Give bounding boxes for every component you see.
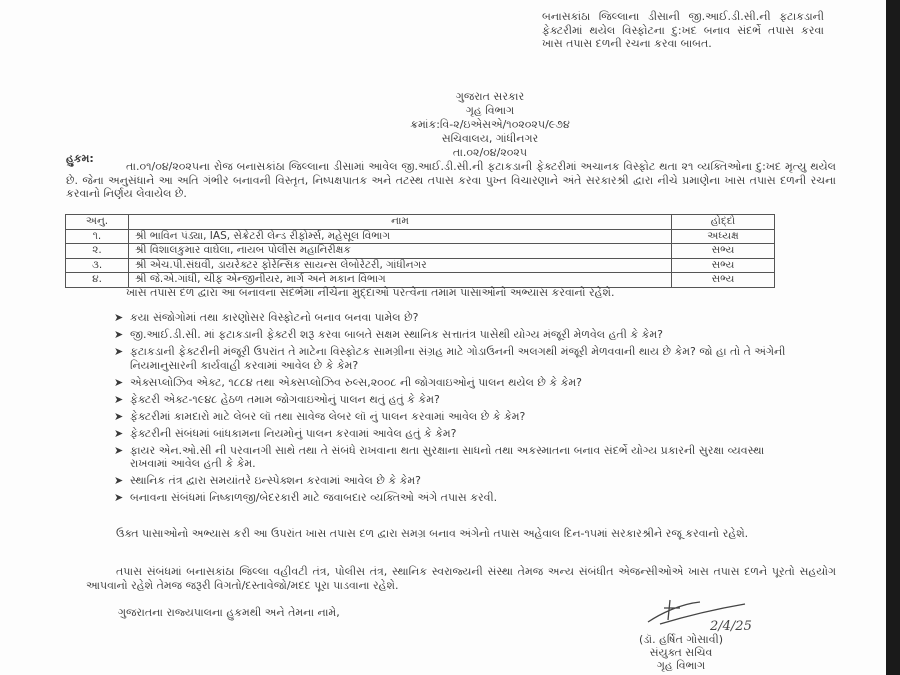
inquiry-points-list: ➤કયા સંજોગોમાં તથા કારણોસર વિસ્ફોટનો બના… xyxy=(100,311,800,508)
cell-serial: ૨. xyxy=(66,244,129,259)
table-row: ૧. શ્રી ભાવિન પંડ્યા, IAS, સેક્રેટરી લેન… xyxy=(66,229,775,244)
cell-designation: સભ્ય xyxy=(672,273,775,288)
arrow-bullet-icon: ➤ xyxy=(114,393,123,407)
point-text: બનાવના સંબંધમાં નિષ્કાળજી/બેદરકારી માટે … xyxy=(130,491,497,504)
signature-block: (ડૉ. હર્ષિત ગોસાવી) સંયુક્ત સચિવ ગૃહ વિભ… xyxy=(606,633,756,672)
list-item: ➤ફેક્ટરીમાં કામદારો માટે લેબર લૉ તથા સાવ… xyxy=(100,410,800,424)
intro-paragraph: તા.૦૧/૦૪/૨૦૨૫ના રોજ બનાસકાંઠા જિલ્લાના ડ… xyxy=(66,160,836,201)
point-text: જી.આઈ.ડી.સી. માં ફટાકડાની ફેક્ટરી શરૂ કર… xyxy=(130,328,663,341)
arrow-bullet-icon: ➤ xyxy=(114,427,123,441)
cell-name: શ્રી જે.એ.ગાંધી, ચીફ એન્જીનીયર, માર્ગ અન… xyxy=(129,273,672,288)
arrow-bullet-icon: ➤ xyxy=(114,345,123,359)
office-location: સચિવાલય, ગાંધીનગર xyxy=(270,132,710,146)
list-item: ➤ફેક્ટરી એક્ટ-૧૯૪૮ હેઠળ તમામ જોગવાઇઓનું … xyxy=(100,393,800,407)
point-text: ફેક્ટરીની સંબંધમાં બાંધકામના નિયમોનું પા… xyxy=(130,427,457,440)
document-subject: બનાસકાંઠા જિલ્લાના ડીસાની જી.આઈ.ડી.સી.ની… xyxy=(542,10,824,51)
scan-edge-border xyxy=(886,0,900,675)
point-text: ફટાકડાની ફેક્ટરીની મંજૂરી ઉપરાંત તે માટે… xyxy=(130,345,785,372)
signatory-name: (ડૉ. હર્ષિત ગોસાવી) xyxy=(606,633,756,646)
point-text: એક્સપ્લોઝિવ એક્ટ, ૧૮૮૪ તથા એક્સપ્લોઝિવ ર… xyxy=(130,376,582,389)
cell-designation: સભ્ય xyxy=(672,258,775,273)
column-header-serial: અનુ. xyxy=(66,215,129,230)
point-text: ફેક્ટરી એક્ટ-૧૯૪૮ હેઠળ તમામ જોગવાઇઓનું પ… xyxy=(130,393,440,406)
column-header-name: નામ xyxy=(129,215,672,230)
list-item: ➤ફાયર એન.ઓ.સી ની પરવાનગી સાથે તથા તે સંબ… xyxy=(100,444,800,471)
cooperation-paragraph: તપાસ સંબંધમાં બનાસકાંઠા જિલ્લા વહીવટી તં… xyxy=(86,565,836,592)
cell-designation: સભ્ય xyxy=(672,244,775,259)
signatory-department: ગૃહ વિભાગ xyxy=(606,659,756,672)
cell-designation: અધ્યક્ષ xyxy=(672,229,775,244)
point-text: સ્થાનિક તંત્ર દ્વારા સમયાંતરે ઇન્સ્પેક્શ… xyxy=(130,474,421,487)
list-item: ➤કયા સંજોગોમાં તથા કારણોસર વિસ્ફોટનો બના… xyxy=(100,311,800,325)
point-text: ફેક્ટરીમાં કામદારો માટે લેબર લૉ તથા સાવે… xyxy=(130,410,525,423)
signatory-designation: સંયુક્ત સચિવ xyxy=(606,646,756,659)
list-item: ➤જી.આઈ.ડી.સી. માં ફટાકડાની ફેક્ટરી શરૂ ક… xyxy=(100,328,800,342)
report-deadline-paragraph: ઉક્ત પાસાઓનો અભ્યાસ કરી આ ઉપરાંત ખાસ તપા… xyxy=(86,527,836,541)
arrow-bullet-icon: ➤ xyxy=(114,474,123,488)
order-number: ક્રમાંક:વિ-૨/ઇએસએ/૧૦૨૦૨૫/૯૭૪ xyxy=(270,118,710,132)
department-name: ગૃહ વિભાગ xyxy=(270,104,710,118)
closing-line: ગુજરાતના રાજ્યપાલના હુકમથી અને તેમના નામ… xyxy=(118,606,340,620)
government-name: ગુજરાત સરકાર xyxy=(270,90,710,104)
arrow-bullet-icon: ➤ xyxy=(114,410,123,424)
svg-text:2/4/25: 2/4/25 xyxy=(709,619,752,634)
table-row: ૩. શ્રી એચ.પી.સંઘવી, ડાયરેક્ટર ફોરેન્સિક… xyxy=(66,258,775,273)
arrow-bullet-icon: ➤ xyxy=(114,328,123,342)
cell-serial: ૪. xyxy=(66,273,129,288)
list-item: ➤ફેક્ટરીની સંબંધમાં બાંધકામના નિયમોનું પ… xyxy=(100,427,800,441)
arrow-bullet-icon: ➤ xyxy=(114,491,123,505)
list-item: ➤બનાવના સંબંધમાં નિષ્કાળજી/બેદરકારી માટે… xyxy=(100,491,800,505)
scanned-document-page: બનાસકાંઠા જિલ્લાના ડીસાની જી.આઈ.ડી.સી.ની… xyxy=(0,0,886,675)
list-item: ➤ફટાકડાની ફેક્ટરીની મંજૂરી ઉપરાંત તે માટ… xyxy=(100,345,800,372)
point-text: કયા સંજોગોમાં તથા કારણોસર વિસ્ફોટનો બનાવ… xyxy=(130,311,418,324)
document-header: ગુજરાત સરકાર ગૃહ વિભાગ ક્રમાંક:વિ-૨/ઇએસએ… xyxy=(270,90,710,160)
arrow-bullet-icon: ➤ xyxy=(114,444,123,458)
table-row: ૪. શ્રી જે.એ.ગાંધી, ચીફ એન્જીનીયર, માર્ગ… xyxy=(66,273,775,288)
cell-name: શ્રી એચ.પી.સંઘવી, ડાયરેક્ટર ફોરેન્સિક સા… xyxy=(129,258,672,273)
probe-intro-paragraph: ખાસ તપાસ દળ દ્વારા આ બનાવના સંદર્ભમાં ની… xyxy=(66,286,826,300)
list-item: ➤સ્થાનિક તંત્ર દ્વારા સમયાંતરે ઇન્સ્પેક્… xyxy=(100,474,800,488)
arrow-bullet-icon: ➤ xyxy=(114,376,123,390)
sit-members-table: અનુ. નામ હોદ્દો ૧. શ્રી ભાવિન પંડ્યા, IA… xyxy=(65,214,775,288)
point-text: ફાયર એન.ઓ.સી ની પરવાનગી સાથે તથા તે સંબં… xyxy=(130,444,764,471)
list-item: ➤એક્સપ્લોઝિવ એક્ટ, ૧૮૮૪ તથા એક્સપ્લોઝિવ … xyxy=(100,376,800,390)
table-header-row: અનુ. નામ હોદ્દો xyxy=(66,215,775,230)
cell-serial: ૩. xyxy=(66,258,129,273)
column-header-designation: હોદ્દો xyxy=(672,215,775,230)
cell-name: શ્રી ભાવિન પંડ્યા, IAS, સેક્રેટરી લેન્ડ … xyxy=(129,229,672,244)
arrow-bullet-icon: ➤ xyxy=(114,311,123,325)
cell-serial: ૧. xyxy=(66,229,129,244)
handwritten-signature-icon: 2/4/25 xyxy=(640,596,760,636)
table-row: ૨. શ્રી વિશાલકુમાર વાઘેલા, નાયબ પોલીસ મહ… xyxy=(66,244,775,259)
cell-name: શ્રી વિશાલકુમાર વાઘેલા, નાયબ પોલીસ મહાનિ… xyxy=(129,244,672,259)
order-date: તા.૦૨/૦૪/૨૦૨૫ xyxy=(270,146,710,160)
